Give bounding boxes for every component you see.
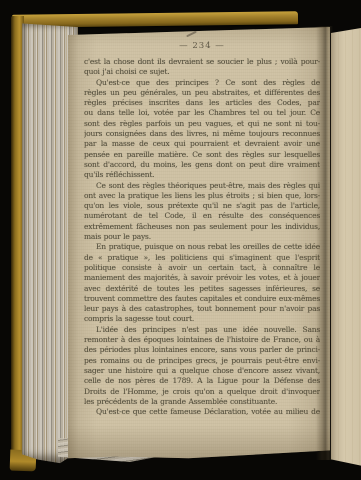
text-line: mais pour le pays. [84,232,320,242]
text-line: règles un peu générales, un peu abstrait… [84,88,320,98]
text-line: pensée en pareille matière. Ce sont des … [84,150,320,160]
text-line: En pratique, puisque on nous rebat les o… [84,242,320,252]
text-line: numérotant de tel Code, il en résulte de… [84,211,320,221]
text-line: maniement des majorités, à savoir prévoi… [84,273,320,283]
text-line: jours consignées dans des livres, ni mêm… [84,129,320,139]
text-line: sont des règles parfois un peu vagues, e… [84,119,320,129]
text-line: quoi j'ai choisi ce sujet. [84,67,320,77]
text-line: trouvent commettre des fautes capitales … [84,294,320,304]
text-line: règles précises inscrites dans les artic… [84,98,320,108]
text-line: ou dans telle loi, votée par les Chambre… [84,108,320,118]
text-line: les précédents de la grande Assemblée co… [84,397,320,407]
book-cover-top-edge [12,11,298,27]
text-line: ont avec la pratique les liens les plus … [84,191,320,201]
text-line: extrêmement fâcheuses non pas seulement … [84,222,320,232]
book-page: — 234 — c'est la chose dont ils devraien… [68,24,330,460]
text-line: Qu'est-ce que des principes ? Ce sont de… [84,78,320,88]
text-line: des périodes plus lointaines encore, san… [84,345,320,355]
photo-background: { "colors":{ "background":"#080705", "co… [0,0,361,480]
text-line: qu'ils réfléchissent. [84,170,320,180]
text-line: qu'on les viole, sous prétexte qu'il ne … [84,201,320,211]
text-line: remonter à des époques lointaines de l'h… [84,335,320,345]
text-line: L'idée des principes n'est pas une idée … [84,325,320,335]
text-line: par la masse de ceux qui pourraient et d… [84,139,320,149]
text-line: Qu'est-ce que cette fameuse Déclaration,… [84,407,320,417]
page-number: — 234 — [84,41,320,51]
text-line: c'est la chose dont ils devraient se sou… [84,57,320,67]
text-line: avec dextérité de toutes les petites sag… [84,284,320,294]
text-line: pes romains ou de principes grecs, je po… [84,356,320,366]
text-line: Ce sont des règles théoriques peut-être,… [84,181,320,191]
text-line: sont d'accord, du moins, les gens dont o… [84,160,320,170]
text-line: compris la sagesse tout court. [84,314,320,324]
page-text: c'est la chose dont ils devraient se sou… [84,57,320,417]
text-line: celle de nos pères de 1789. A la Ligue p… [84,376,320,386]
text-line: leur pays à des catastrophes, tout bonne… [84,304,320,314]
pencil-mark [186,31,197,38]
text-line: sager une histoire qui a quelque chose d… [84,366,320,376]
text-line: Droits de l'Homme, je crois qu'on a quel… [84,387,320,397]
text-line: de « pratique », les politiciens qui s'i… [84,253,320,263]
facing-page-sliver [331,28,361,470]
text-line: politique consiste à avoir un certain ta… [84,263,320,273]
